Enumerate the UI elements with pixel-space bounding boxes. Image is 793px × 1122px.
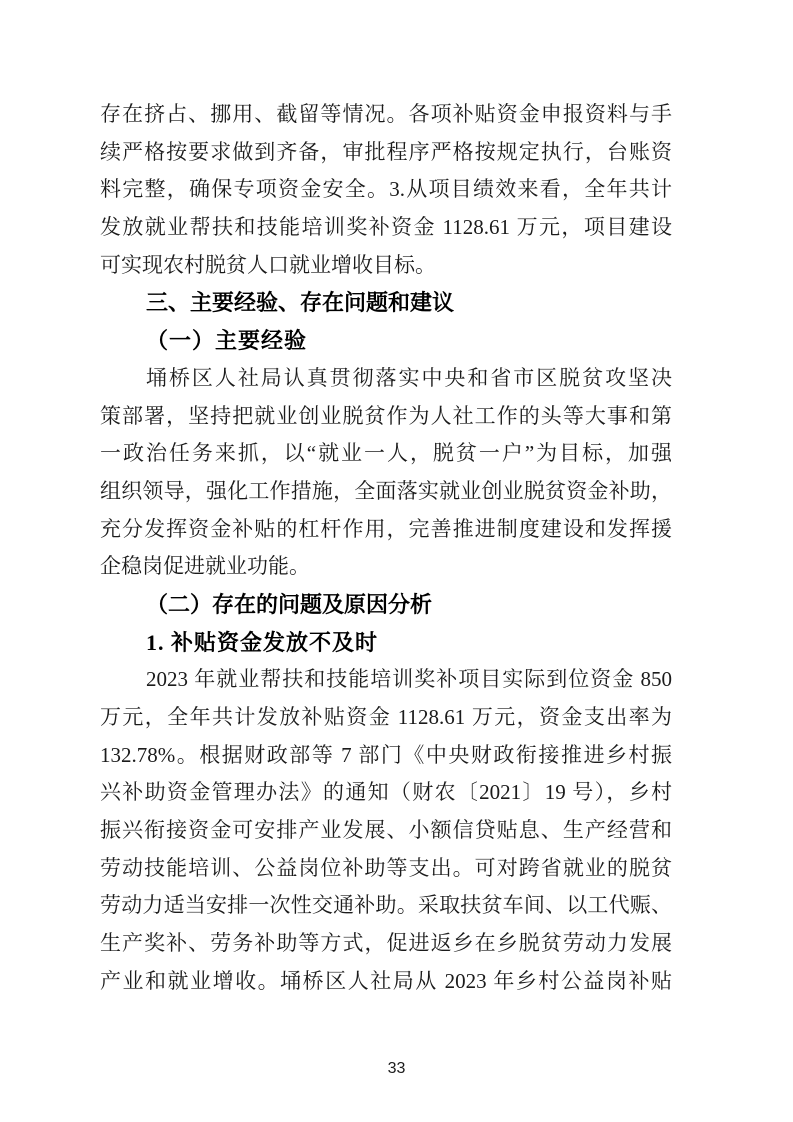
body-text-line: 劳动技能培训、公益岗位补助等支出。可对跨省就业的脱贫: [100, 850, 672, 888]
body-text-line: 策部署，坚持把就业创业脱贫作为人社工作的头等大事和第: [100, 398, 672, 436]
body-text-line: 万元，全年共计发放补贴资金 1128.61 万元，资金支出率为: [100, 699, 672, 737]
body-text-line: 一政治任务来抓，以“就业一人，脱贫一户”为目标，加强: [100, 435, 672, 473]
body-text-line: 发放就业帮扶和技能培训奖补资金 1128.61 万元，项目建设: [100, 209, 672, 247]
document-body: 存在挤占、挪用、截留等情况。各项补贴资金申报资料与手续严格按要求做到齐备，审批程…: [100, 96, 672, 1001]
body-text-line: 产业和就业增收。埇桥区人社局从 2023 年乡村公益岗补贴: [100, 963, 672, 1001]
body-text-line: 可实现农村脱贫人口就业增收目标。: [100, 247, 672, 285]
body-text-line: 充分发挥资金补贴的杠杆作用，完善推进制度建设和发挥援: [100, 511, 672, 549]
sub-heading: （一）主要经验: [100, 322, 672, 360]
body-text-line: 132.78%。根据财政部等 7 部门《中央财政衔接推进乡村振: [100, 737, 672, 775]
section-heading: （二）存在的问题及原因分析: [100, 586, 672, 624]
page-number: 33: [388, 1060, 406, 1077]
body-text-line: 振兴衔接资金可安排产业发展、小额信贷贴息、生产经营和: [100, 812, 672, 850]
body-text-line: 存在挤占、挪用、截留等情况。各项补贴资金申报资料与手: [100, 96, 672, 134]
body-text-line: 企稳岗促进就业功能。: [100, 548, 672, 586]
body-text-line: 劳动力适当安排一次性交通补助。采取扶贫车间、以工代赈、: [100, 887, 672, 925]
section-heading: 三、主要经验、存在问题和建议: [100, 284, 672, 322]
body-text-line: 兴补助资金管理办法》的通知（财农〔2021〕19 号），乡村: [100, 774, 672, 812]
body-text-line: 续严格按要求做到齐备，审批程序严格按规定执行，台账资: [100, 134, 672, 172]
body-text-line: 2023 年就业帮扶和技能培训奖补项目实际到位资金 850: [100, 661, 672, 699]
body-text-line: 料完整，确保专项资金安全。3.从项目绩效来看，全年共计: [100, 171, 672, 209]
body-text-line: 埇桥区人社局认真贯彻落实中央和省市区脱贫攻坚决: [100, 360, 672, 398]
body-text-line: 生产奖补、劳务补助等方式，促进返乡在乡脱贫劳动力发展: [100, 925, 672, 963]
sub-heading: 1. 补贴资金发放不及时: [100, 624, 672, 662]
page-footer: 33: [0, 1060, 793, 1078]
body-text-line: 组织领导，强化工作措施，全面落实就业创业脱贫资金补助，: [100, 473, 672, 511]
document-page: 存在挤占、挪用、截留等情况。各项补贴资金申报资料与手续严格按要求做到齐备，审批程…: [0, 0, 793, 1122]
